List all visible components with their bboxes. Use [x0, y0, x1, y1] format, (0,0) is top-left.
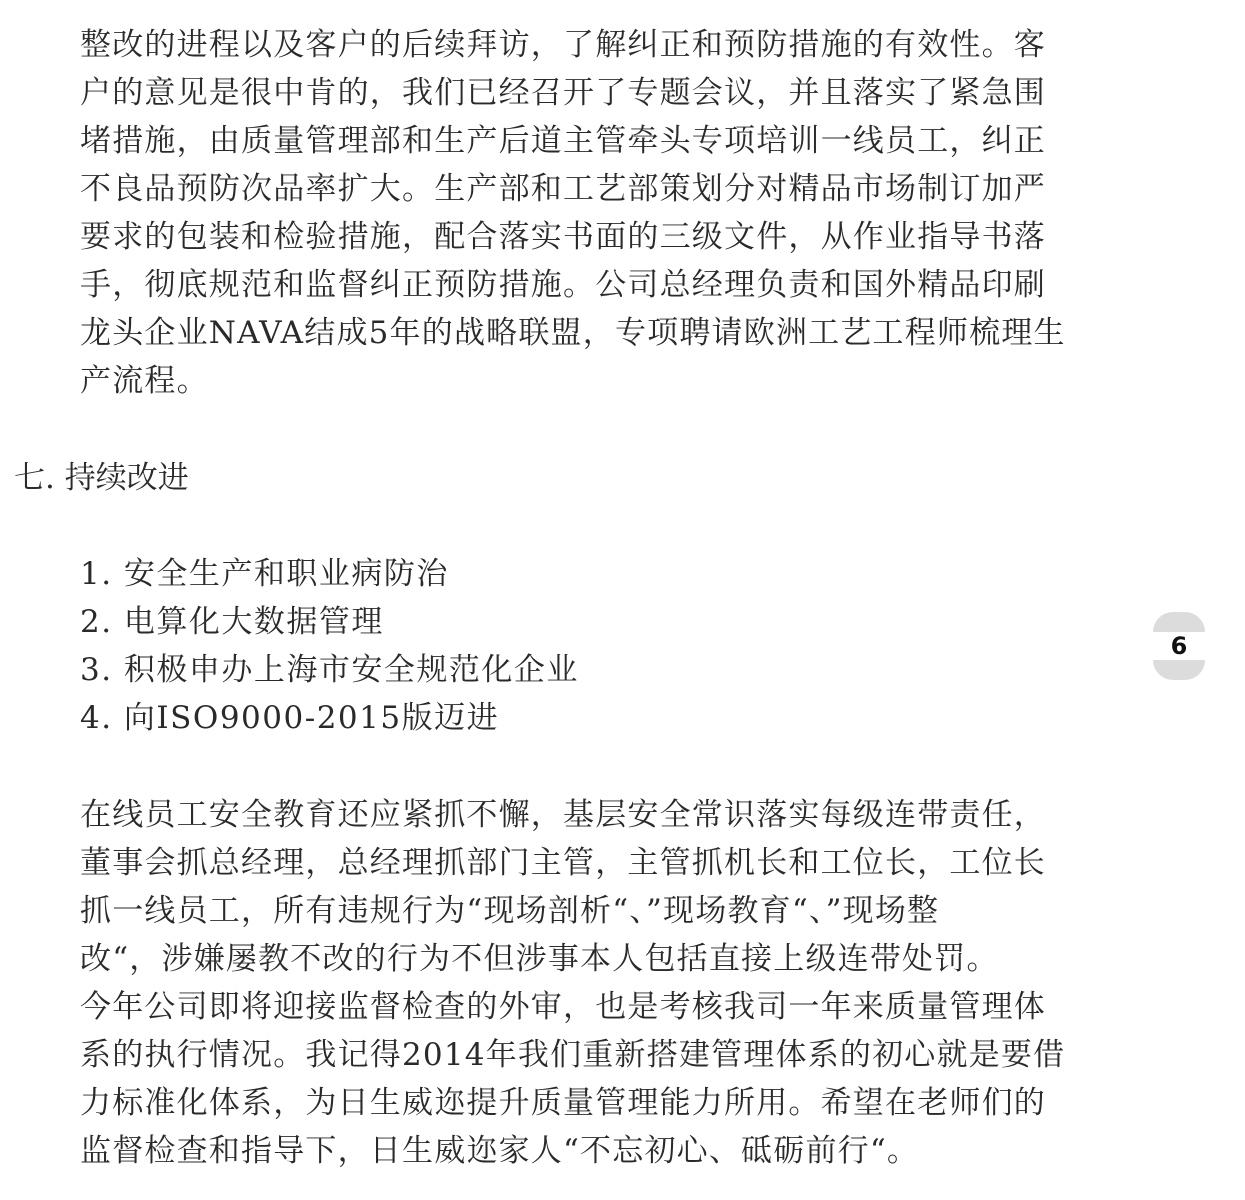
- page-number: 6: [1153, 630, 1205, 662]
- section-heading: 七. 持续改进: [14, 454, 189, 502]
- text-line: 不良品预防次品率扩大。生产部和工艺部策划分对精品市场制订加严: [80, 165, 1046, 213]
- page-number-badge: 6: [1153, 612, 1205, 680]
- text-line: 龙头企业NAVA结成5年的战略联盟，专项聘请欧洲工艺工程师梳理生: [80, 309, 1066, 357]
- text-line: 董事会抓总经理，总经理抓部门主管，主管抓机长和工位长，工位长: [80, 839, 1046, 887]
- text-line: 户的意见是很中肯的，我们已经召开了专题会议，并且落实了紧急围: [80, 69, 1046, 117]
- text-line: 改“，涉嫌屡教不改的行为不但涉事本人包括直接上级连带处罚。: [80, 935, 999, 983]
- badge-top-shape: [1153, 612, 1205, 632]
- text-line: 堵措施，由质量管理部和生产后道主管牵头专项培训一线员工，纠正: [80, 117, 1046, 165]
- text-line: 要求的包装和检验措施，配合落实书面的三级文件，从作业指导书落: [80, 213, 1046, 261]
- text-line: 系的执行情况。我记得2014年我们重新搭建管理体系的初心就是要借: [80, 1031, 1065, 1079]
- list-item: 2. 电算化大数据管理: [80, 598, 384, 646]
- text-line: 抓一线员工，所有违规行为“现场剖析“、”现场教育“、”现场整: [80, 887, 939, 935]
- text-line: 产流程。: [80, 357, 209, 405]
- text-line: 监督检查和指导下，日生威迩家人“不忘初心、砥砺前行“。: [80, 1127, 919, 1175]
- list-item: 3. 积极申办上海市安全规范化企业: [80, 646, 579, 694]
- text-line: 力标准化体系，为日生威迩提升质量管理能力所用。希望在老师们的: [80, 1079, 1046, 1127]
- text-line: 在线员工安全教育还应紧抓不懈，基层安全常识落实每级连带责任，: [80, 791, 1046, 839]
- list-item: 4. 向ISO9000-2015版迈进: [80, 694, 499, 742]
- text-line: 手，彻底规范和监督纠正预防措施。公司总经理负责和国外精品印刷: [80, 261, 1046, 309]
- list-item: 1. 安全生产和职业病防治: [80, 550, 449, 598]
- text-line: 整改的进程以及客户的后续拜访，了解纠正和预防措施的有效性。客: [80, 21, 1046, 69]
- badge-bottom-shape: [1153, 660, 1205, 680]
- text-line: 今年公司即将迎接监督检查的外审，也是考核我司一年来质量管理体: [80, 983, 1046, 1031]
